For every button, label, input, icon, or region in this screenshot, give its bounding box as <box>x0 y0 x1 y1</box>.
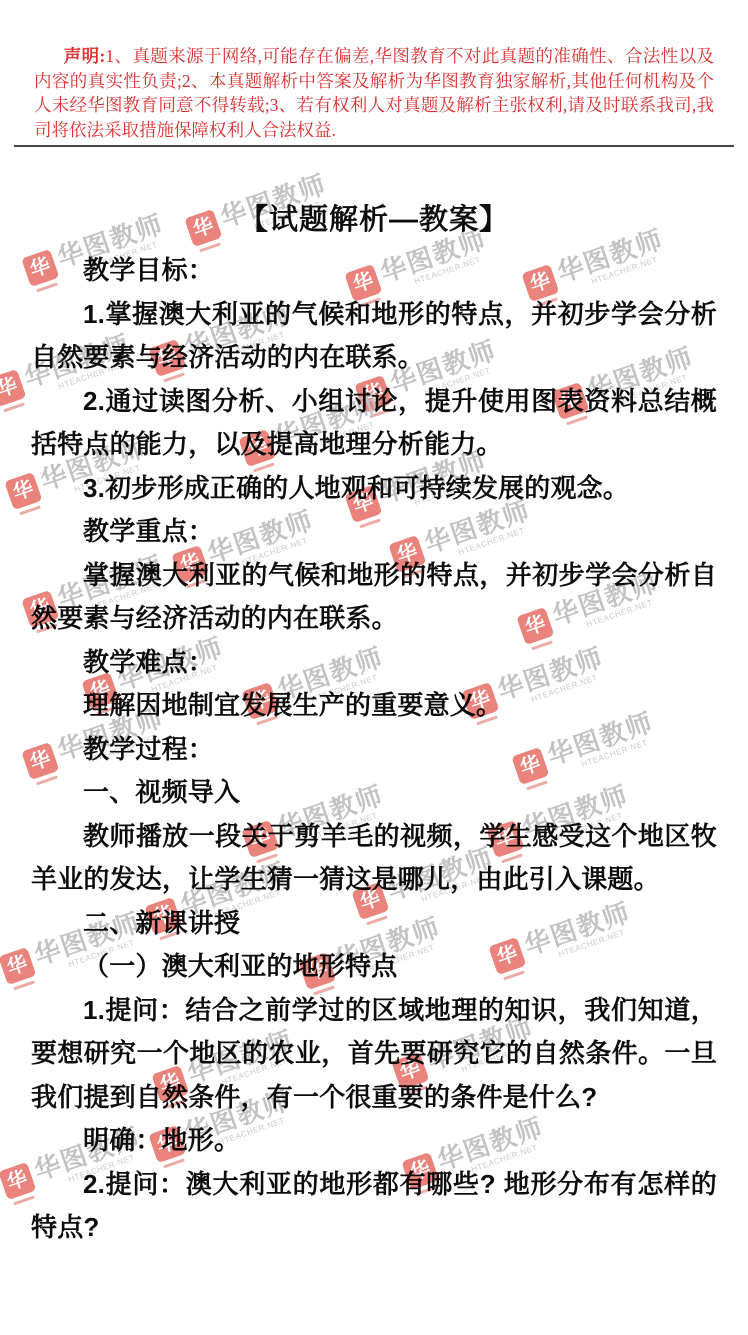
divider-line <box>14 145 734 147</box>
paragraph: 3.初步形成正确的人地观和可持续发展的观念。 <box>31 467 717 511</box>
paragraph: 2.提问：澳大利亚的地形都有哪些? 地形分布有怎样的特点? <box>31 1163 717 1250</box>
document-body: 教学目标：1.掌握澳大利亚的气候和地形的特点，并初步学会分析自然要素与经济活动的… <box>31 249 717 1250</box>
paragraph: 1.提问：结合之前学过的区域地理的知识，我们知道，要想研究一个地区的农业，首先要… <box>31 989 717 1120</box>
paragraph: 二、新课讲授 <box>31 902 717 946</box>
paragraph: 1.掌握澳大利亚的气候和地形的特点，并初步学会分析自然要素与经济活动的内在联系。 <box>31 293 717 380</box>
paragraph: 理解因地制宜发展生产的重要意义。 <box>31 684 717 728</box>
document-title: 【试题解析—教案】 <box>0 197 748 238</box>
paragraph: 明确：地形。 <box>31 1119 717 1163</box>
document-content: 声明:1、真题来源于网络,可能存在偏差,华图教育不对此真题的准确性、合法性以及内… <box>0 44 748 1250</box>
paragraph: 掌握澳大利亚的气候和地形的特点，并初步学会分析自然要素与经济活动的内在联系。 <box>31 554 717 641</box>
paragraph: （一）澳大利亚的地形特点 <box>31 945 717 989</box>
paragraph: 教学过程： <box>31 728 717 772</box>
paragraph: 2.通过读图分析、小组讨论，提升使用图表资料总结概括特点的能力，以及提高地理分析… <box>31 380 717 467</box>
paragraph: 教师播放一段关于剪羊毛的视频，学生感受这个地区牧羊业的发达，让学生猜一猜这是哪儿… <box>31 815 717 902</box>
paragraph: 一、视频导入 <box>31 771 717 815</box>
document-page: 声明:1、真题来源于网络,可能存在偏差,华图教育不对此真题的准确性、合法性以及内… <box>0 0 748 1335</box>
disclaimer-body: 1、真题来源于网络,可能存在偏差,华图教育不对此真题的准确性、合法性以及内容的真… <box>34 46 714 140</box>
paragraph: 教学目标： <box>31 249 717 293</box>
disclaimer-text: 声明:1、真题来源于网络,可能存在偏差,华图教育不对此真题的准确性、合法性以及内… <box>34 44 714 142</box>
paragraph: 教学难点： <box>31 641 717 685</box>
disclaimer-label: 声明: <box>64 46 106 66</box>
paragraph: 教学重点： <box>31 510 717 554</box>
